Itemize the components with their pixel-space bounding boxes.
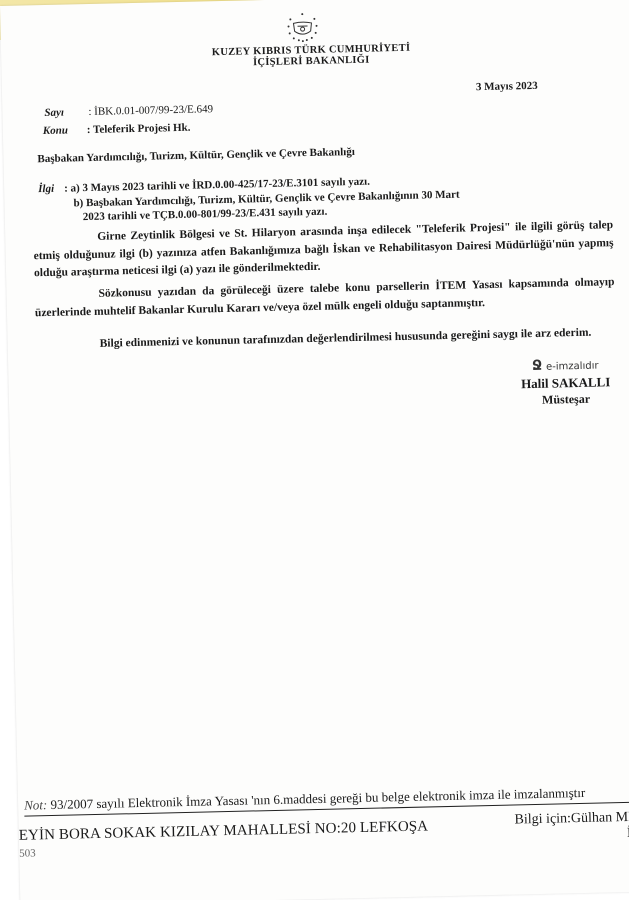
- addressee: Başbakan Yardımcılığı, Turizm, Kültür, G…: [37, 146, 355, 165]
- paragraph-3-text: Bilgi edinmenizi ve konunun tarafınızdan…: [100, 327, 592, 350]
- kktc-emblem-icon: [284, 11, 321, 44]
- e-signature-mark: Ջe-imzalıdır: [500, 356, 629, 375]
- e-signature-label: e-imzalıdır: [546, 361, 599, 373]
- signer-title: Müsteşar: [501, 391, 629, 409]
- konu-label: Konu: [43, 124, 87, 137]
- footer-address: EYİN BORA SOKAK KIZILAY MAHALLESİ NO:20 …: [19, 818, 429, 844]
- footer-address-line-2: 503: [19, 847, 36, 859]
- ilgi-label: İlgi: [38, 183, 64, 196]
- konu-value: : Teleferik Projesi Hk.: [87, 122, 191, 136]
- note-text: 93/2007 sayılı Elektronik İmza Yasası 'n…: [50, 785, 585, 812]
- signer-name: Halil SAKALLI: [501, 374, 629, 393]
- e-signature-icon: Ջ: [532, 358, 542, 374]
- signature-block: Ջe-imzalıdır Halil SAKALLI Müsteşar: [500, 356, 629, 409]
- paragraph-1-text: Girne Zeytinlik Bölgesi ve St. Hilaryon …: [34, 219, 614, 279]
- letter-date: 3 Mayıs 2023: [476, 80, 538, 93]
- reference-number: Sayı: İBK.0.01-007/99-23/E.649: [44, 103, 213, 119]
- note-label: Not:: [24, 797, 47, 813]
- sayi-label: Sayı: [44, 106, 88, 119]
- body-paragraph-3: Bilgi edinmenizi ve konunun tarafınızdan…: [36, 324, 616, 355]
- footer-contact: Bilgi için:Gülhan MER: [514, 810, 629, 829]
- letter-page: KUZEY KIBRIS TÜRK CUMHURİYETİ İÇİŞLERİ B…: [0, 0, 629, 900]
- sayi-value: : İBK.0.01-007/99-23/E.649: [88, 103, 213, 118]
- body-paragraph-2: Sözkonusu yazıdan da görüleceği üzere ta…: [34, 274, 615, 322]
- paragraph-2-text: Sözkonusu yazıdan da görüleceği üzere ta…: [35, 276, 615, 319]
- body-paragraph-1: Girne Zeytinlik Bölgesi ve St. Hilaryon …: [33, 217, 614, 283]
- subject: Konu: Teleferik Projesi Hk.: [43, 122, 191, 137]
